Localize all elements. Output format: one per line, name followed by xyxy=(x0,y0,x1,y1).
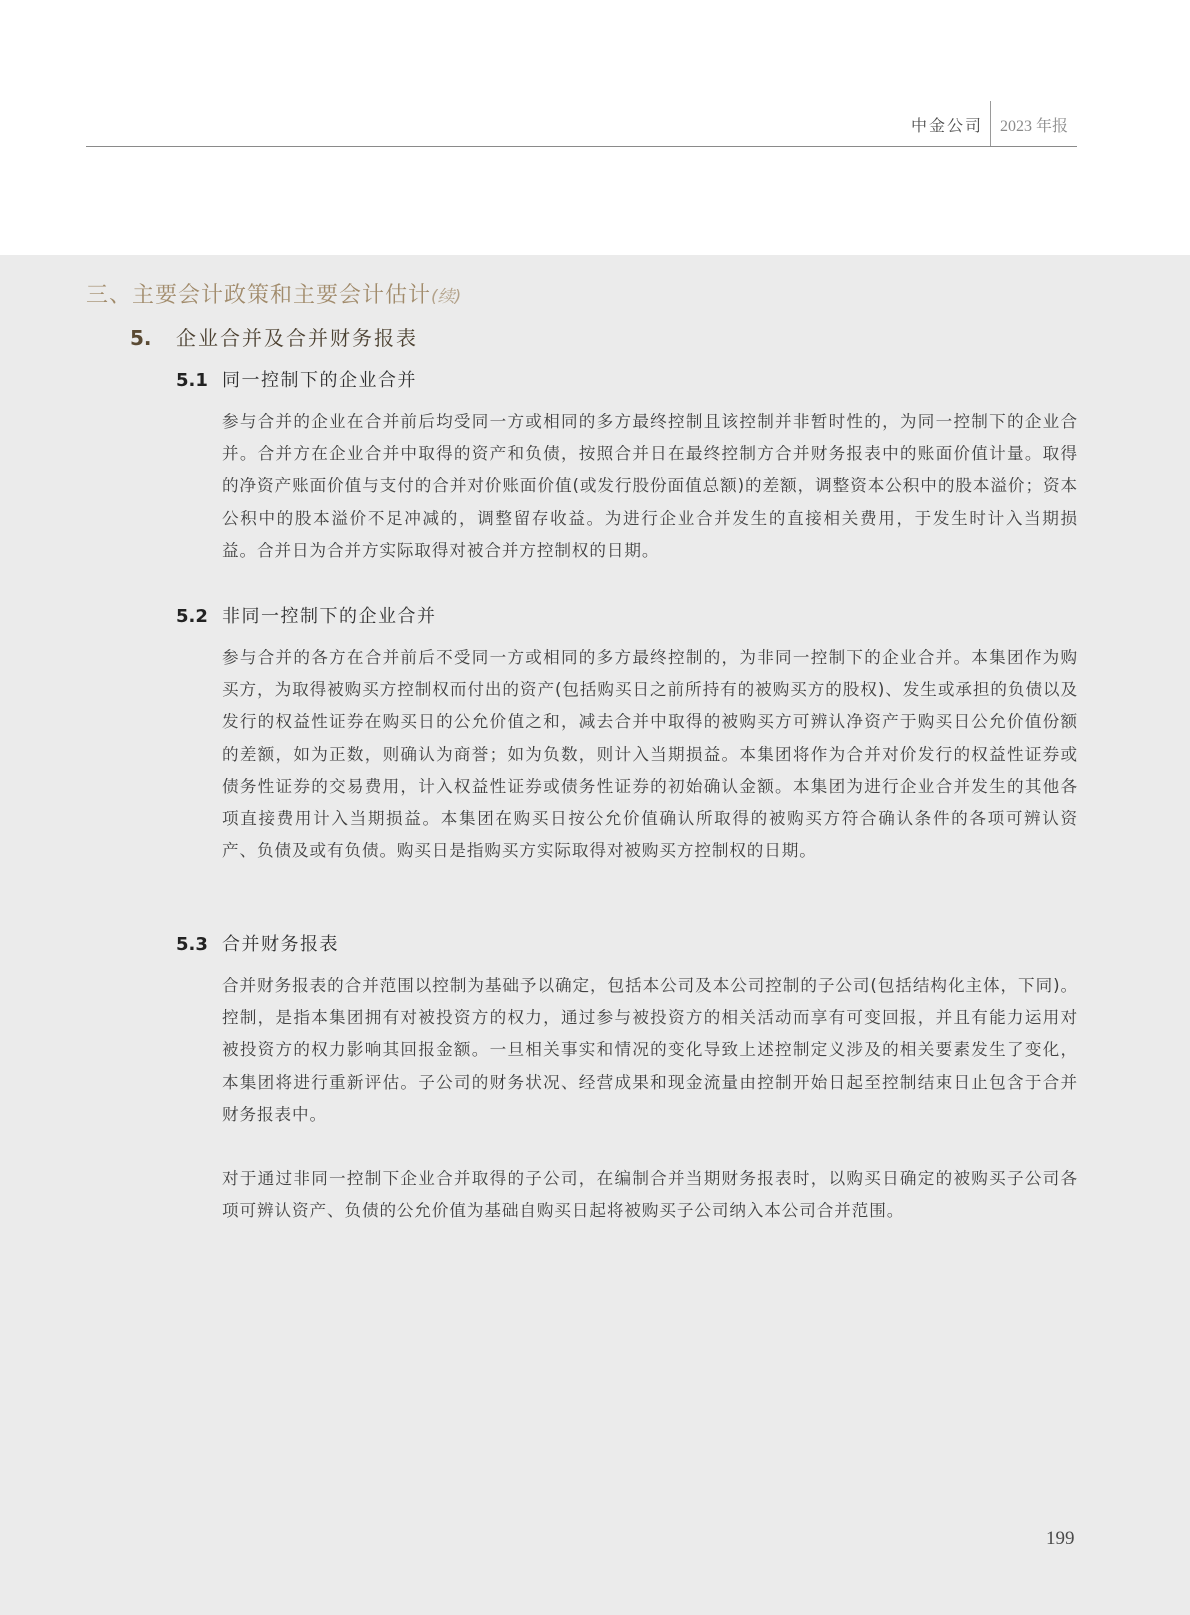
subsection-title: 企业合并及合并财务报表 xyxy=(176,326,418,350)
item-heading-5-2: 5.2非同一控制下的企业合并 xyxy=(176,602,437,628)
section-title-text: 三、主要会计政策和主要会计估计 xyxy=(86,283,431,308)
item-title: 非同一控制下的企业合并 xyxy=(222,606,437,627)
page-header: 中金公司 2023 年报 xyxy=(0,0,1190,255)
item-5-2-paragraph: 参与合并的各方在合并前后不受同一方或相同的多方最终控制的，为非同一控制下的企业合… xyxy=(222,642,1078,867)
section-continued-label: (续) xyxy=(431,287,461,307)
item-number: 5.1 xyxy=(176,370,222,391)
item-5-3-paragraph-1: 合并财务报表的合并范围以控制为基础予以确定，包括本公司及本公司控制的子公司(包括… xyxy=(222,970,1078,1131)
item-number: 5.3 xyxy=(176,934,222,955)
section-title: 三、主要会计政策和主要会计估计(续) xyxy=(86,278,461,309)
header-report-title: 2023 年报 xyxy=(1000,113,1068,136)
item-heading-5-3: 5.3合并财务报表 xyxy=(176,930,339,956)
page-number: 199 xyxy=(1046,1528,1075,1550)
item-title: 合并财务报表 xyxy=(222,934,339,955)
item-title: 同一控制下的企业合并 xyxy=(222,370,417,391)
header-divider xyxy=(990,101,991,147)
header-rule xyxy=(86,146,1077,147)
header-company-name: 中金公司 xyxy=(911,113,983,136)
item-5-1-paragraph: 参与合并的企业在合并前后均受同一方或相同的多方最终控制且该控制并非暂时性的，为同… xyxy=(222,406,1078,567)
subsection-number: 5. xyxy=(130,326,176,350)
item-number: 5.2 xyxy=(176,606,222,627)
item-heading-5-1: 5.1同一控制下的企业合并 xyxy=(176,366,417,392)
item-5-3-paragraph-2: 对于通过非同一控制下企业合并取得的子公司，在编制合并当期财务报表时，以购买日确定… xyxy=(222,1163,1078,1227)
subsection-heading: 5.企业合并及合并财务报表 xyxy=(130,322,418,351)
